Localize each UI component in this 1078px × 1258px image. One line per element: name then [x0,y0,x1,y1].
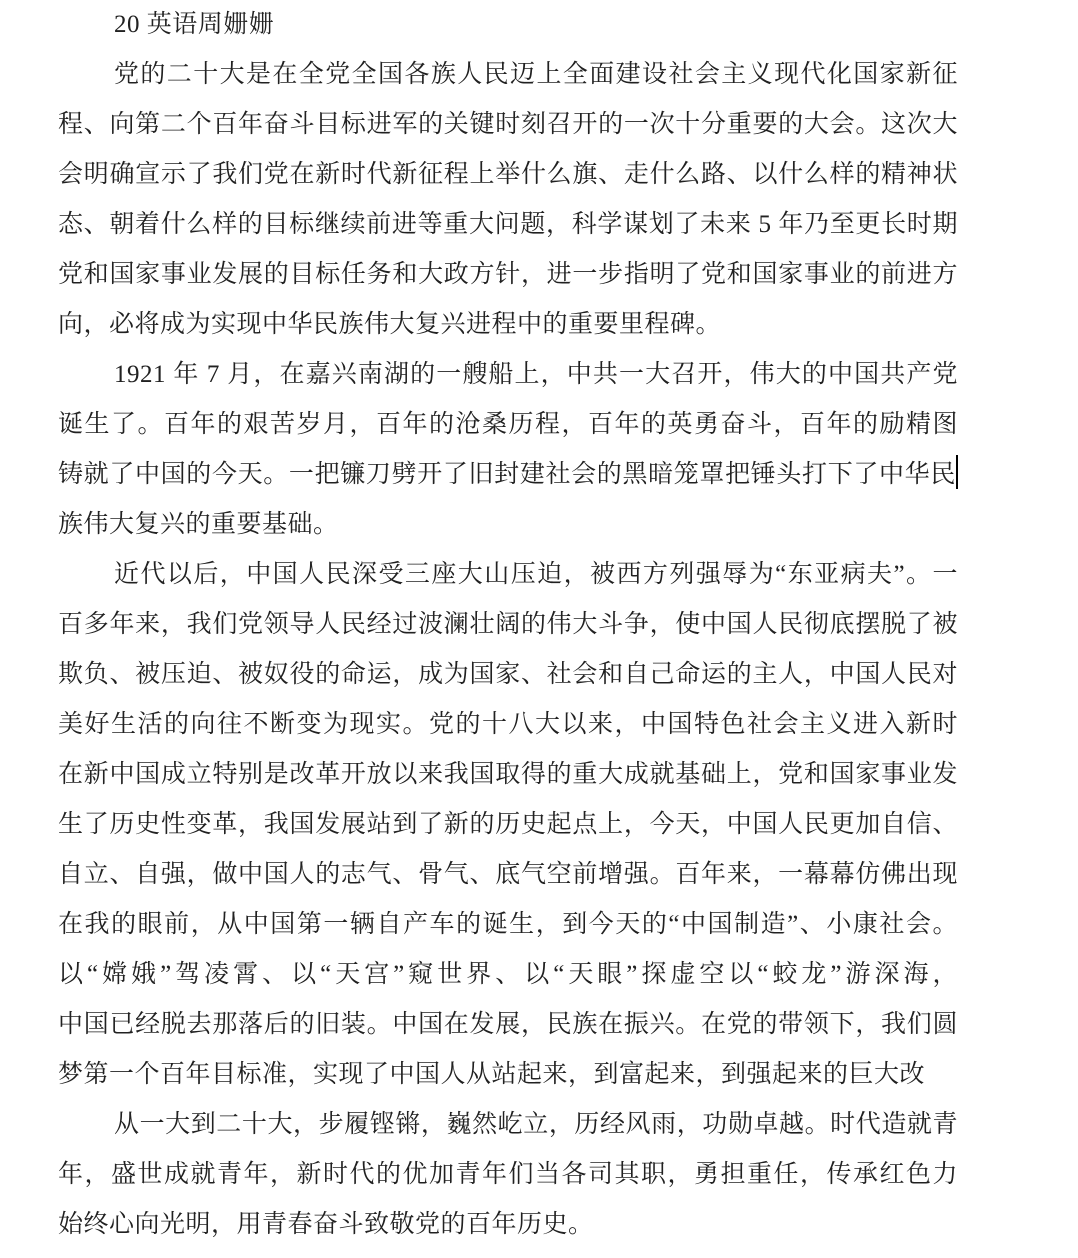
text-line[interactable]: 程、向第二个百年奋斗目标进军的关键时刻召开的一次十分重要的大会。这次大 [58,100,958,150]
text-line[interactable]: 在我的眼前，从中国第一辆自产车的诞生，到今天的“中国制造”、小康社会。 [58,900,958,950]
text-line[interactable]: 态、朝着什么样的目标继续前进等重大问题，科学谋划了未来 5 年乃至更长时期 [58,200,958,250]
text-line[interactable]: 始终心向光明，用青春奋斗致敬党的百年历史。 [58,1200,958,1250]
text-line[interactable]: 年，盛世成就青年，新时代的优加青年们当各司其职，勇担重任，传承红色力量， [58,1150,958,1200]
text-line[interactable]: 梦第一个百年目标准，实现了中国人从站起来，到富起来，到强起来的巨大改变。 [58,1050,958,1100]
text-line[interactable]: 向，必将成为实现中华民族伟大复兴进程中的重要里程碑。 [58,300,958,350]
text-line[interactable]: 在新中国成立特别是改革开放以来我国取得的重大成就基础上，党和国家事业发 [58,750,958,800]
text-line[interactable]: 1921 年 7 月，在嘉兴南湖的一艘船上，中共一大召开，伟大的中国共产党 [58,350,958,400]
text-line[interactable]: 生了历史性变革，我国发展站到了新的历史起点上，今天，中国人民更加自信、 [58,800,958,850]
text-line[interactable]: 党的二十大是在全党全国各族人民迈上全面建设社会主义现代化国家新征 [58,50,958,100]
paragraph: 1921 年 7 月，在嘉兴南湖的一艘船上，中共一大召开，伟大的中国共产党 诞生… [58,350,958,550]
text-line[interactable]: 从一大到二十大，步履铿锵，巍然屹立，历经风雨，功勋卓越。时代造就青 [58,1100,958,1150]
text-line[interactable]: 会明确宣示了我们党在新时代新征程上举什么旗、走什么路、以什么样的精神状 [58,150,958,200]
text-line-content: 铸就了中国的今天。一把镰刀劈开了旧封建社会的黑暗笼罩把锤头打下了中华民 [58,461,956,488]
text-line[interactable]: 以“嫦娥”驾凌霄、以“天宫”窥世界、以“天眼”探虚空以“蛟龙”游深海， [58,950,958,1000]
paragraph: 从一大到二十大，步履铿锵，巍然屹立，历经风雨，功勋卓越。时代造就青 年，盛世成就… [58,1100,958,1250]
paragraph: 党的二十大是在全党全国各族人民迈上全面建设社会主义现代化国家新征 程、向第二个百… [58,50,958,350]
document-page[interactable]: 20 英语周姗姗 党的二十大是在全党全国各族人民迈上全面建设社会主义现代化国家新… [58,0,958,1250]
text-line[interactable]: 欺负、被压迫、被奴役的命运，成为国家、社会和自己命运的主人，中国人民对 [58,650,958,700]
text-line[interactable]: 百多年来，我们党领导人民经过波澜壮阔的伟大斗争，使中国人民彻底摆脱了被 [58,600,958,650]
text-line[interactable]: 近代以后，中国人民深受三座大山压迫，被西方列强辱为“东亚病夫”。一 [58,550,958,600]
text-line[interactable]: 中国已经脱去那落后的旧装。中国在发展，民族在振兴。在党的带领下，我们圆 [58,1000,958,1050]
paragraph: 近代以后，中国人民深受三座大山压迫，被西方列强辱为“东亚病夫”。一 百多年来，我… [58,550,958,1100]
byline[interactable]: 20 英语周姗姗 [58,0,958,50]
text-cursor [956,455,958,489]
text-line[interactable]: 诞生了。百年的艰苦岁月，百年的沧桑历程，百年的英勇奋斗，百年的励精图治， [58,400,958,450]
text-line[interactable]: 族伟大复兴的重要基础。 [58,500,958,550]
text-line[interactable]: 自立、自强，做中国人的志气、骨气、底气空前增强。百年来，一幕幕仿佛出现 [58,850,958,900]
text-line[interactable]: 党和国家事业发展的目标任务和大政方针，进一步指明了党和国家事业的前进方 [58,250,958,300]
text-line[interactable]: 铸就了中国的今天。一把镰刀劈开了旧封建社会的黑暗笼罩把锤头打下了中华民 [58,450,958,500]
text-line[interactable]: 美好生活的向往不断变为现实。党的十八大以来，中国特色社会主义进入新时代， [58,700,958,750]
